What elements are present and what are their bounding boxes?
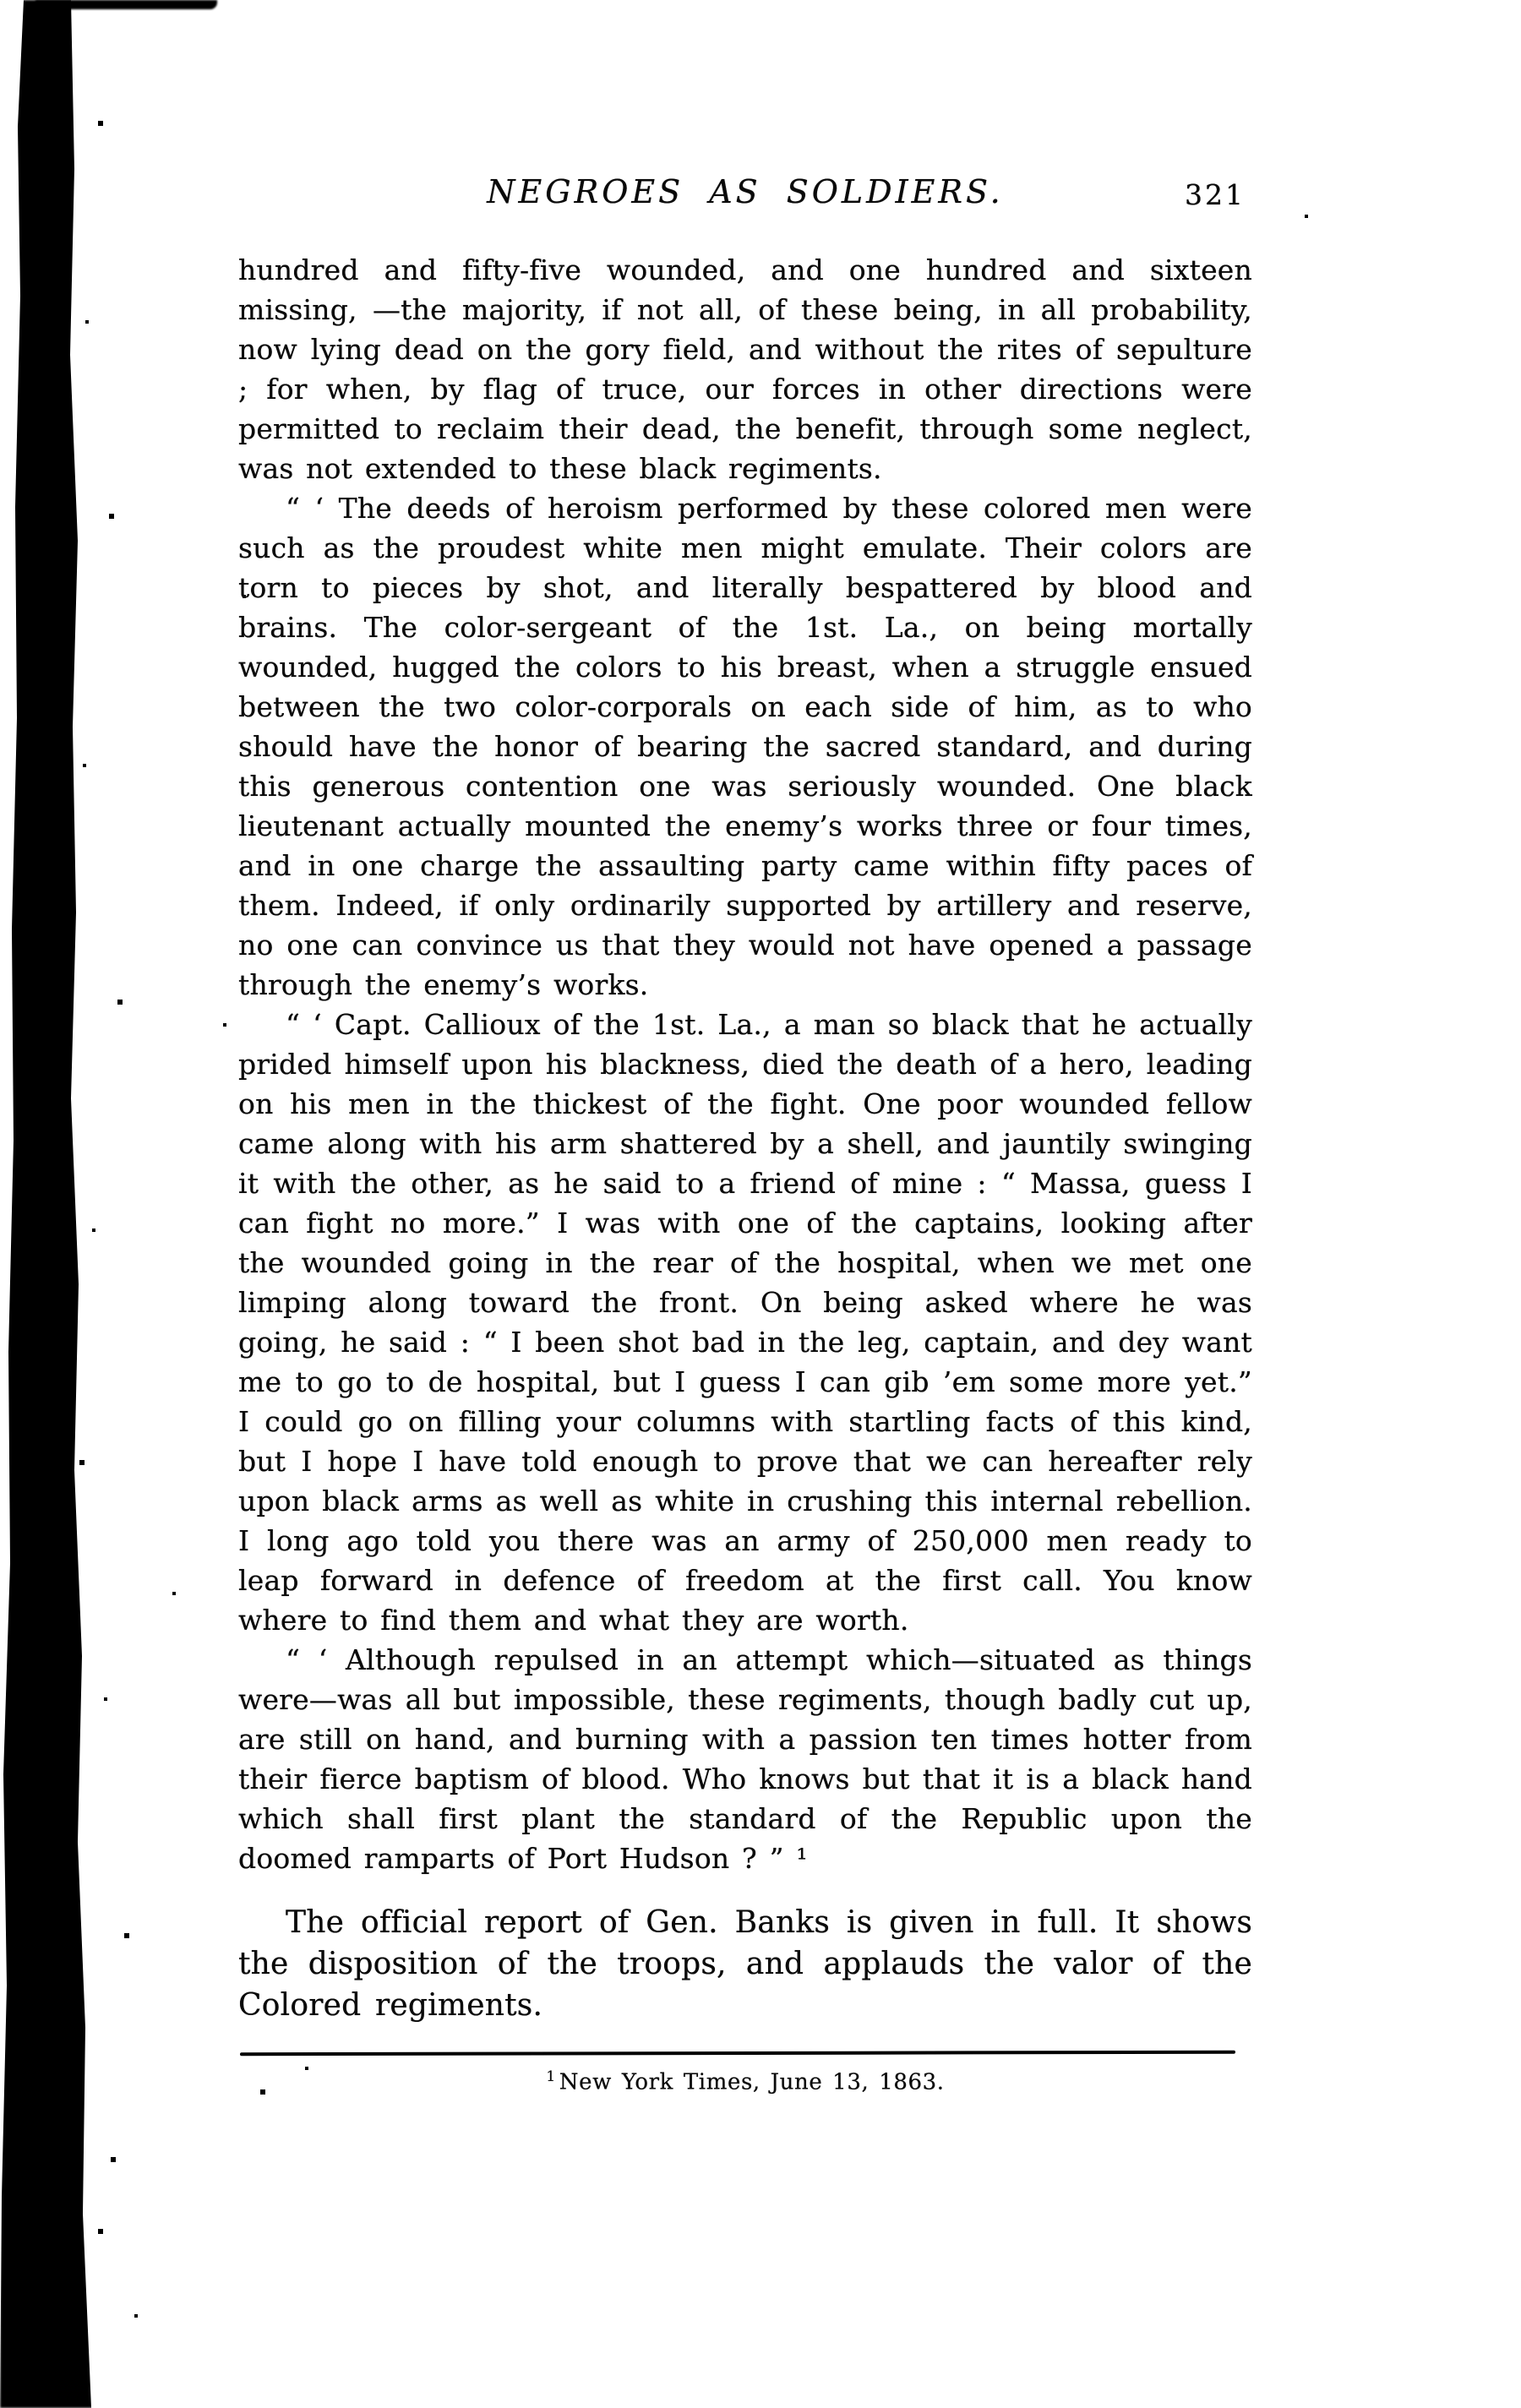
body-text: hundred and fifty-five wounded, and one … <box>238 250 1252 2095</box>
scan-binding-edge <box>0 0 110 2408</box>
footnote-marker: 1 <box>546 2068 555 2085</box>
paragraph-continuation: hundred and fifty-five wounded, and one … <box>238 250 1252 488</box>
paragraph-quote-2: “ ‘ Capt. Callioux of the 1st. La., a ma… <box>238 1005 1252 1640</box>
scan-top-edge-mark <box>35 0 217 9</box>
paragraph-quote-3: “ ‘ Although repulsed in an attempt whic… <box>238 1640 1252 1878</box>
footnote-rule <box>240 2051 1235 2056</box>
scan-speckles <box>0 0 2 2</box>
running-header: NEGROES AS SOLDIERS. 321 <box>238 173 1252 224</box>
page-number: 321 <box>1185 178 1246 211</box>
book-page: NEGROES AS SOLDIERS. 321 hundred and fif… <box>0 0 1521 2408</box>
footnote-text: New York Times, June 13, 1863. <box>559 2070 945 2095</box>
footnote: 1New York Times, June 13, 1863. <box>238 2068 1252 2095</box>
paragraph-quote-1: “ ‘ The deeds of heroism performed by th… <box>238 488 1252 1005</box>
page-title: NEGROES AS SOLDIERS. <box>238 173 1252 210</box>
paragraph-closing: The official report of Gen. Banks is giv… <box>238 1902 1252 2026</box>
